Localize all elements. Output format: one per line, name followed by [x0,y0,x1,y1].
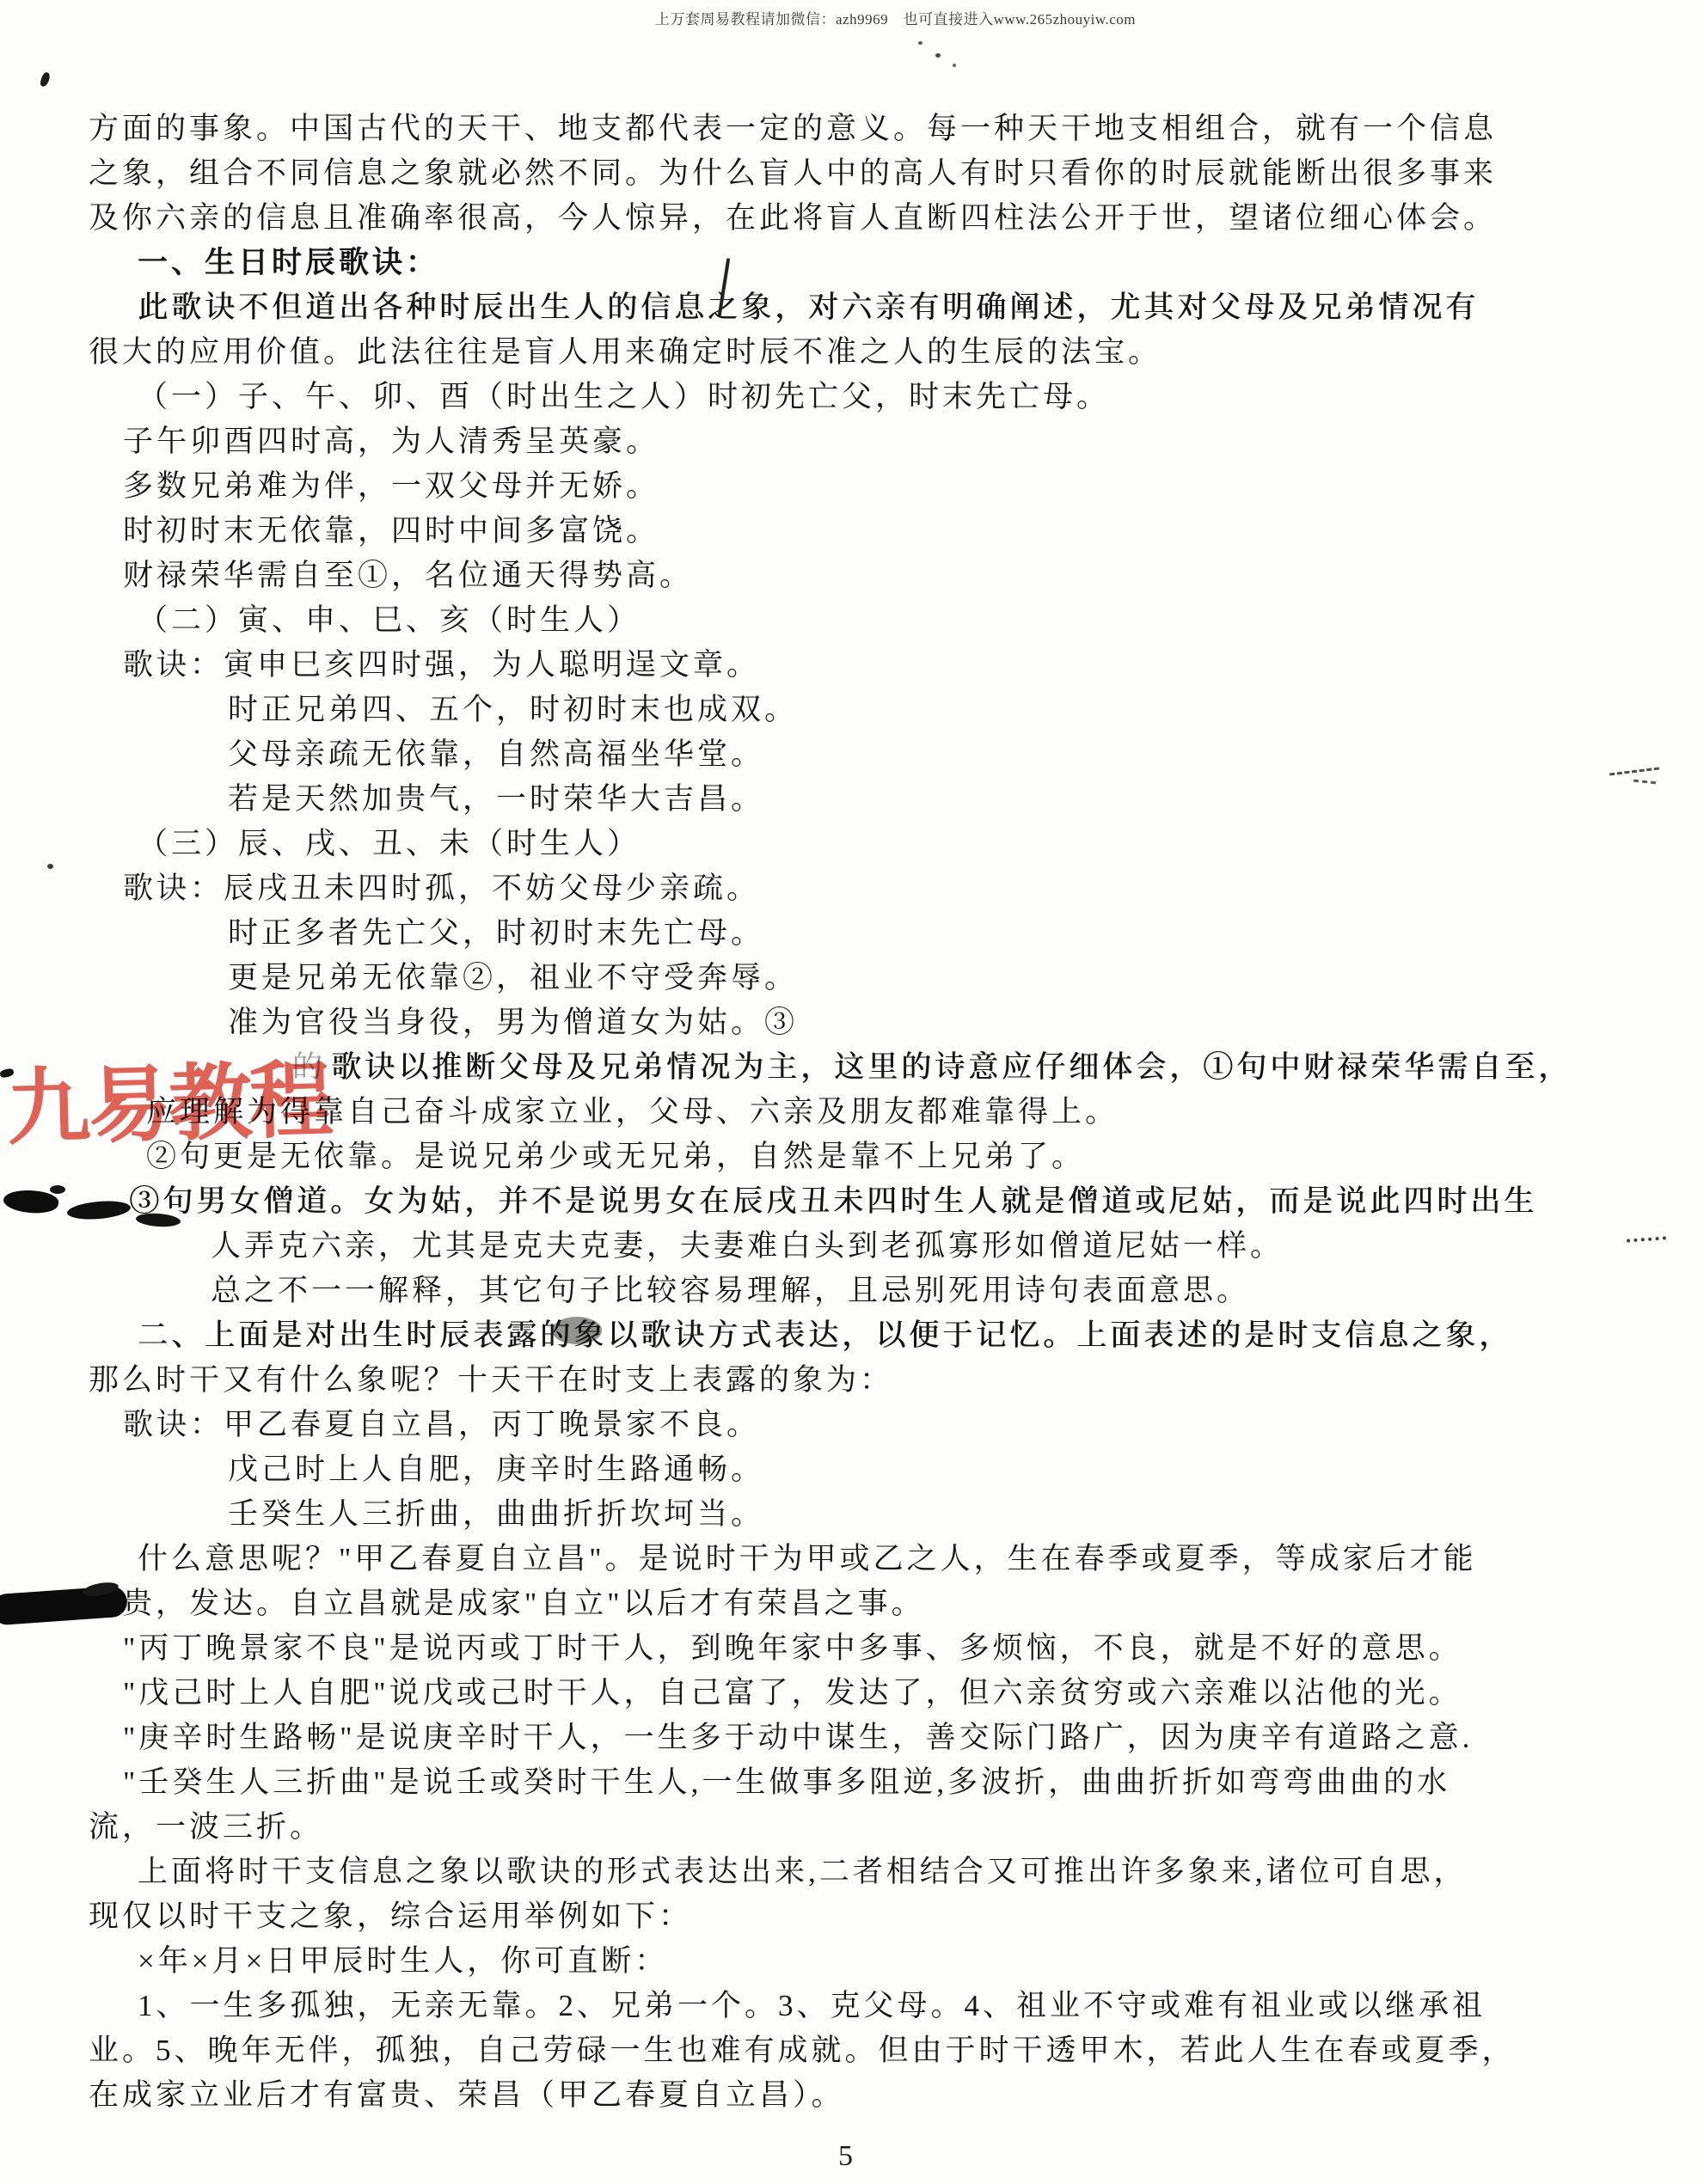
text-line: 歌诀：甲乙春夏自立昌，丙丁晚景家不良。 [0,1403,1704,1447]
ink-fleck [40,71,52,88]
text-line: 此歌诀不但道出各种时辰出生人的信息之象，对六亲有明确阐述，尤其对父母及兄弟情况有 [0,285,1704,330]
text-line: 父母亲疏无依靠，自然高福坐华堂。 [0,732,1704,777]
text-line: 多数兄弟难为伴，一双父母并无娇。 [0,464,1704,509]
text-line: 歌诀：辰戌丑未四时孤，不妨父母少亲疏。 [0,866,1704,911]
text-line: 什么意思呢？"甲乙春夏自立昌"。是说时干为甲或乙之人，生在春季或夏季，等成家后才… [0,1537,1704,1581]
text-line: "壬癸生人三折曲"是说壬或癸时干生人,一生做事多阻逆,多波折，曲曲折折如弯弯曲曲… [0,1760,1704,1805]
ink-speck [918,41,922,45]
text-line: 富贵，发达。自立昌就是成家"自立"以后才有荣昌之事。 [0,1581,1704,1626]
ink-speck [953,64,956,67]
ink-smudge [50,1185,65,1194]
text-line: ③句男女僧道。女为姑，并不是说男女在辰戌丑未四时生人就是僧道或尼姑，而是说此四时… [0,1179,1704,1224]
text-line: 及你六亲的信息且准确率很高，今人惊异，在此将盲人直断四柱法公开于世，望诸位细心体… [0,196,1704,241]
text-line: 在成家立业后才有富贵、荣昌（甲乙春夏自立昌）。 [0,2073,1704,2118]
text-line: 时初时末无依靠，四时中间多富饶。 [0,509,1704,554]
text-line: 财禄荣华需自至①，名位通天得势高。 [0,554,1704,598]
text-line: （二）寅、申、巳、亥（时生人） [0,598,1704,643]
text-line: 之象，组合不同信息之象就必然不同。为什么盲人中的高人有时只看你的时辰就能断出很多… [0,151,1704,196]
text-line: 歌诀：寅申巳亥四时强，为人聪明逞文章。 [0,643,1704,688]
text-line: （一）子、午、卯、酉（时出生之人）时初先亡父，时末先亡母。 [0,375,1704,419]
text-line: 方面的事象。中国古代的天干、地支都代表一定的意义。每一种天干地支相组合，就有一个… [0,107,1704,151]
text-line: （三）辰、戌、丑、未（时生人） [0,822,1704,866]
text-line: 人弄克六亲，尤其是克夫克妻，夫妻难白头到老孤寡形如僧道尼姑一样。 [0,1224,1704,1269]
text-line: "戊己时上人自肥"说戊或己时干人，自己富了，发达了，但六亲贫穷或六亲难以沾他的光… [0,1671,1704,1716]
text-line: 上面将时干支信息之象以歌诀的形式表达出来,二者相结合又可推出许多象来,诸位可自思… [0,1850,1704,1894]
text-line: 子午卯酉四时高，为人清秀呈英豪。 [0,419,1704,464]
text-line: 很大的应用价值。此法往往是盲人用来确定时辰不准之人的生辰的法宝。 [0,330,1704,375]
text-line: 时正多者先亡父，时初时末先亡母。 [0,911,1704,956]
text-line: 一、生日时辰歌诀： [0,241,1704,285]
text-line: 总之不一一解释，其它句子比较容易理解，且忌别死用诗句表面意思。 [0,1269,1704,1313]
text-line: 若是天然加贵气，一时荣华大吉昌。 [0,777,1704,822]
text-line: 现仅以时干支之象，综合运用举例如下： [0,1894,1704,1939]
text-line: 二、上面是对出生时辰表露的象以歌诀方式表达，以便于记忆。上面表述的是时支信息之象… [0,1313,1704,1358]
text-line: 流，一波三折。 [0,1805,1704,1850]
red-watermark: 九易教程 [5,1032,332,1161]
ink-speck [935,53,941,58]
text-line: 那么时干又有什么象呢？十天干在时支上表露的象为： [0,1358,1704,1403]
text-line: 时正兄弟四、五个，时初时末也成双。 [0,688,1704,732]
text-line: "庚辛时生路畅"是说庚辛时干人，一生多于动中谋生，善交际门路广，因为庚辛有道路之… [0,1716,1704,1760]
ink-blot [552,1317,602,1344]
page-header-contact-line: 上万套周易教程请加微信：azh9969 也可直接进入www.265zhouyiw… [655,7,1136,28]
text-line: 壬癸生人三折曲，曲曲折折坎坷当。 [0,1492,1704,1537]
text-line: 业。5、晚年无伴，孤独，自己劳碌一生也难有成就。但由于时干透甲木，若此人生在春或… [0,2028,1704,2073]
text-line: ×年×月×日甲辰时生人，你可直断： [0,1939,1704,1984]
scanned-document-page: 上万套周易教程请加微信：azh9969 也可直接进入www.265zhouyiw… [0,0,1704,2184]
page-number: 5 [838,2140,853,2173]
text-line: "丙丁晚景家不良"是说丙或丁时干人，到晚年家中多事、多烦恼，不良，就是不好的意思… [0,1626,1704,1671]
text-line: 更是兄弟无依靠②，祖业不守受奔辱。 [0,956,1704,1000]
ink-speck [47,864,53,869]
text-line: 1、一生多孤独，无亲无靠。2、兄弟一个。3、克父母。4、祖业不守或难有祖业或以继… [0,1984,1704,2028]
text-line: 戊己时上人自肥，庚辛时生路通畅。 [0,1447,1704,1492]
